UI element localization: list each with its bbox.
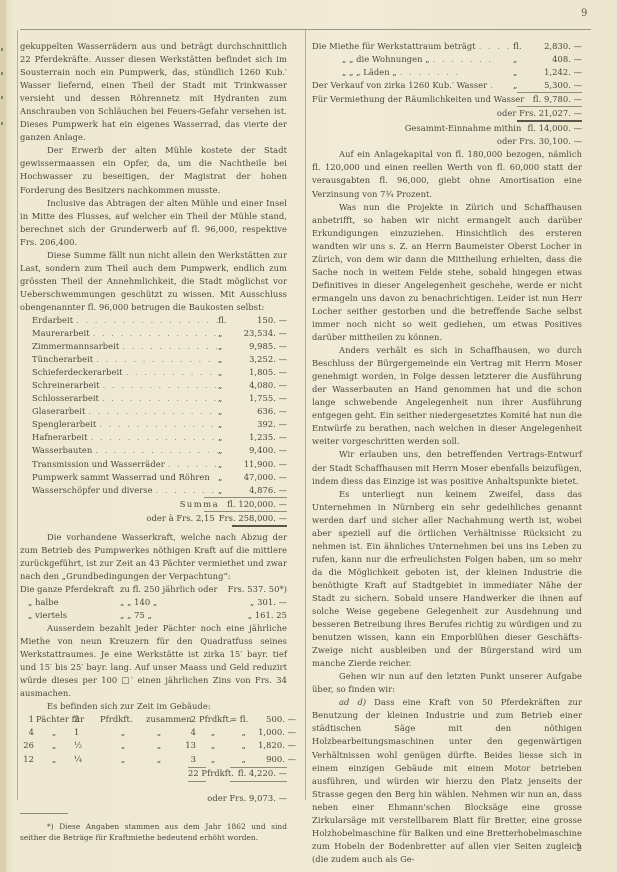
income-total-row: Für Vermiethung der Räumlichkeiten und W…: [312, 93, 582, 106]
cost-row: Spenglerarbeit. . . . . . . . . . . . . …: [32, 418, 287, 431]
cost-row: Wasserschöpfer und diverse. . . . . . . …: [32, 484, 287, 497]
income-row: Die Miethe für Werkstattraum beträgt. . …: [312, 40, 582, 53]
cost-row: Transmission und Wasserräder. . . . . . …: [32, 458, 287, 471]
paragraph: Anders verhält es sich in Schaffhausen, …: [312, 344, 582, 448]
oder-row: oder à Frs. 2,15Frs. 258,000. —: [20, 512, 287, 525]
binding-edge: [0, 0, 6, 872]
rate-row: „ halbe„ „ 140 „„ 301. —: [20, 596, 287, 609]
paragraph: Es befinden sich zur Zeit im Gebäude:: [20, 700, 287, 713]
tenant-table: 1Pächter für2Pfrdkft.zusammen2Pfrdkft.= …: [20, 713, 287, 765]
paragraph: Was nun die Projekte in Zürich und Schaf…: [312, 201, 582, 345]
cost-row: Pumpwerk sammt Wasserrad und Röhren „47,…: [32, 471, 287, 484]
double-rule: [232, 525, 287, 527]
cost-row: Schreinerarbeit. . . . . . . . . . . . .…: [32, 379, 287, 392]
paragraph: Die vorhandene Wasserkraft, welche nach …: [20, 531, 287, 583]
paragraph: Es unterliegt nun keinem Zweifel, dass d…: [312, 488, 582, 671]
paragraph: Der Erwerb der alten Mühle kostete der S…: [20, 144, 287, 196]
paragraph: gekuppelten Wasserrädern aus und beträgt…: [20, 40, 287, 144]
paragraph: Ausserdem bezahlt jeder Pächter noch ein…: [20, 622, 287, 700]
income-row: „ „ „ Läden „. . . . . . .„1,242. —: [312, 66, 582, 79]
gesammt-row: Gesammt-Einnahme mithinfl. 14,000. —: [312, 122, 582, 135]
cost-table: Erdarbeit. . . . . . . . . . . . . . . .…: [20, 314, 287, 497]
income-oder: oder Frs. 21,027. —: [312, 107, 582, 120]
page-number: 9: [581, 8, 587, 19]
signature-mark: 2: [576, 844, 582, 854]
footnote: *) Diese Angaben stammen aus dem Jahr 18…: [20, 821, 287, 843]
right-column: Die Miethe für Werkstattraum beträgt. . …: [312, 40, 582, 866]
paragraph: ad d) Dass eine Kraft von 50 Pferdekräft…: [312, 696, 582, 866]
left-column: gekuppelten Wasserrädern aus und beträgt…: [20, 40, 287, 850]
rate-table: Die ganze Pferdekraftzu fl. 250 jährlich…: [20, 583, 287, 622]
cost-row: Hafnerarbeit. . . . . . . . . . . . . . …: [32, 431, 287, 444]
left-margin-rule: [17, 30, 18, 800]
summa-row: Summafl. 120,000. —: [20, 498, 287, 511]
cost-row: Glaserarbeit. . . . . . . . . . . . . . …: [32, 405, 287, 418]
document-page: 9 gekuppelten Wasserrädern aus und beträ…: [0, 0, 617, 872]
tenant-totals: 22 Pfrdkft. fl. 4,220. —: [20, 766, 287, 794]
income-table: Die Miethe für Werkstattraum beträgt. . …: [312, 40, 582, 92]
section-marker: ad d): [339, 697, 366, 707]
rate-row: „ viertels„ „ 75 „„ 161. 25: [20, 609, 287, 622]
column-divider: [305, 30, 306, 800]
paragraph: Diese Summe fällt nun nicht allein den W…: [20, 249, 287, 314]
rate-row: Die ganze Pferdekraftzu fl. 250 jährlich…: [20, 583, 287, 596]
cost-row: Maurerarbeit. . . . . . . . . . . . . . …: [32, 327, 287, 340]
cost-row: Schieferdeckerarbeit. . . . . . . . . . …: [32, 366, 287, 379]
income-row: Der Verkauf von zirka 1260 Kub.′ Wasser …: [312, 79, 582, 92]
cost-row: Zimmermannsarbeit. . . . . . . . . . . .…: [32, 340, 287, 353]
paragraph: Auf ein Anlagekapital von fl. 180,000 be…: [312, 148, 582, 200]
cost-row: Schlosserarbeit. . . . . . . . . . . . .…: [32, 392, 287, 405]
income-row: „ „ die Wohnungen „. . . . . . .„408. —: [312, 53, 582, 66]
paragraph: Gehen wir nun auf den letzten Punkt unse…: [312, 670, 582, 696]
cost-row: Tüncherarbeit. . . . . . . . . . . . . .…: [32, 353, 287, 366]
cost-row: Erdarbeit. . . . . . . . . . . . . . . .…: [32, 314, 287, 327]
cost-row: Wasserbauten. . . . . . . . . . . . . . …: [32, 444, 287, 457]
gesammt-oder: oder Frs. 30,100. —: [312, 135, 582, 148]
paragraph: Inclusive das Abtragen der alten Mühle u…: [20, 197, 287, 249]
paragraph: Wir erlauben uns, den betreffenden Vertr…: [312, 448, 582, 487]
footnote-rule: [20, 813, 68, 814]
